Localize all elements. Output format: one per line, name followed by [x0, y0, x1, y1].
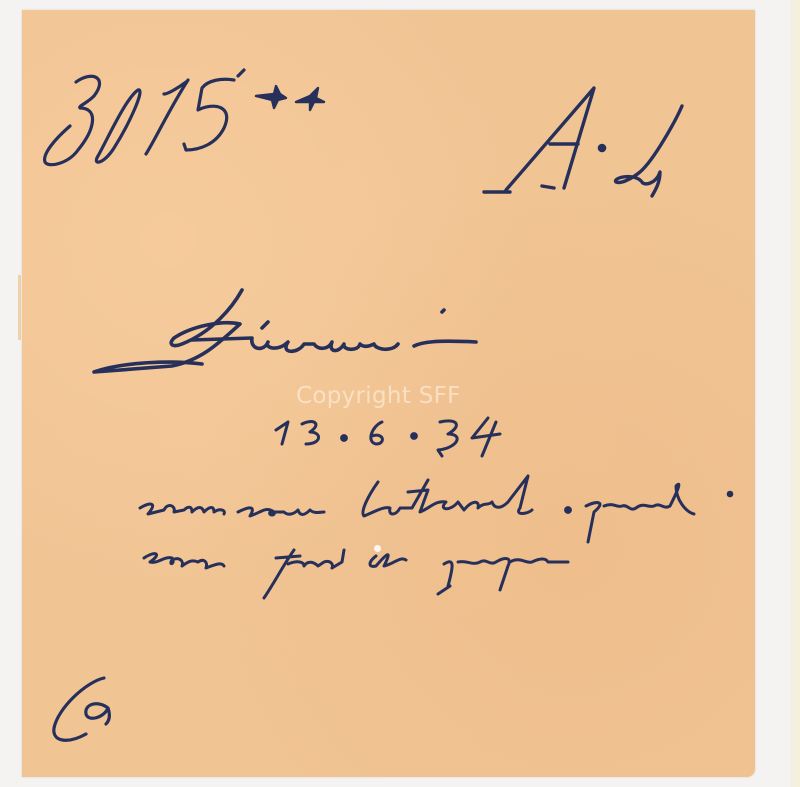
- corner-mark-handwriting: [48, 670, 128, 750]
- back-sheet-edge: [790, 0, 800, 787]
- title-handwriting: [92, 282, 492, 382]
- pin-hole: [374, 545, 381, 552]
- watermark: Copyright SFF: [296, 383, 461, 409]
- date-handwriting: [272, 408, 532, 468]
- description-line-1: carro con laterali grandi: [0, 0, 1, 1]
- description-line-2: croce fuori del paese: [0, 0, 1, 1]
- back-sheet-left-edge: [18, 275, 21, 340]
- star-marks: [252, 82, 332, 112]
- catalog-number-handwriting: [38, 68, 248, 178]
- description-line-2-handwriting: [128, 540, 608, 610]
- collection-code-handwriting: [476, 80, 696, 205]
